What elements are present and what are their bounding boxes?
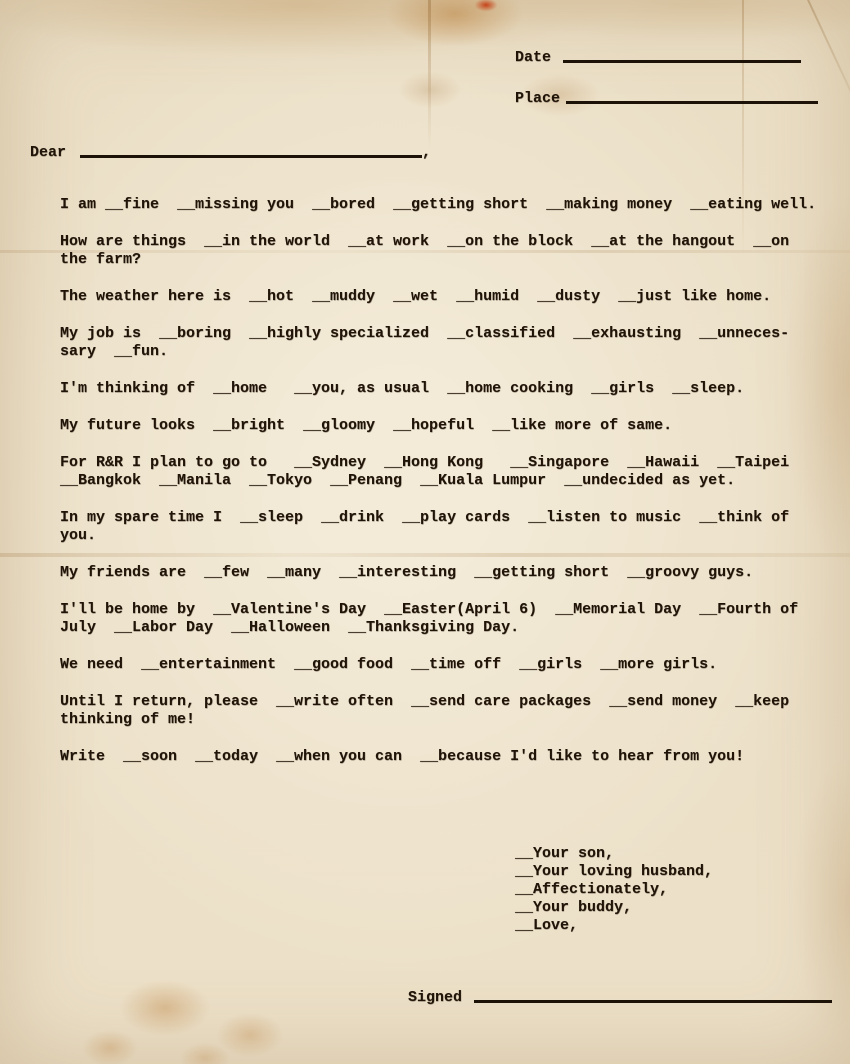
paragraph-line: July __Labor Day __Halloween __Thanksgiv… (60, 619, 830, 637)
closing-option: __Your son, (515, 845, 713, 863)
paragraph-line: How are things __in the world __at work … (60, 233, 830, 251)
dear-blank-line (80, 143, 422, 158)
paragraph-line: In my spare time I __sleep __drink __pla… (60, 509, 830, 527)
paragraph-line: Write __soon __today __when you can __be… (60, 748, 830, 766)
paragraph-line: the farm? (60, 251, 830, 269)
letter-paragraph: We need __entertainment __good food __ti… (60, 656, 830, 674)
paragraph-line: I am __fine __missing you __bored __gett… (60, 196, 830, 214)
letter-paragraph: My friends are __few __many __interestin… (60, 564, 830, 582)
letter-paragraph: In my spare time I __sleep __drink __pla… (60, 509, 830, 545)
date-blank-line (563, 48, 801, 63)
letter-paragraph: I'm thinking of __home __you, as usual _… (60, 380, 830, 398)
salutation-row: Dear, (30, 143, 431, 162)
signed-label: Signed (408, 989, 462, 1006)
paragraph-line: I'll be home by __Valentine's Day __East… (60, 601, 830, 619)
paragraph-line: For R&R I plan to go to __Sydney __Hong … (60, 454, 830, 472)
closing-option: __Love, (515, 917, 713, 935)
letter-paragraph: My job is __boring __highly specialized … (60, 325, 830, 361)
date-row: Date (515, 48, 818, 67)
letter-paragraph: The weather here is __hot __muddy __wet … (60, 288, 830, 306)
letter-paragraph: I am __fine __missing you __bored __gett… (60, 196, 830, 214)
paragraph-line: My friends are __few __many __interestin… (60, 564, 830, 582)
paragraph-line: My future looks __bright __gloomy __hope… (60, 417, 830, 435)
paragraph-line: __Bangkok __Manila __Tokyo __Penang __Ku… (60, 472, 830, 490)
dear-label: Dear (30, 144, 66, 161)
place-blank-line (566, 89, 818, 104)
paragraph-line: thinking of me! (60, 711, 830, 729)
signature-row: Signed (408, 988, 832, 1007)
letter-body: I am __fine __missing you __bored __gett… (60, 196, 830, 785)
paragraph-line: My job is __boring __highly specialized … (60, 325, 830, 343)
place-label: Place (515, 90, 560, 107)
paragraph-line: Until I return, please __write often __s… (60, 693, 830, 711)
paragraph-line: sary __fun. (60, 343, 830, 361)
letter-header: Date Place (515, 48, 818, 130)
letter-paragraph: Until I return, please __write often __s… (60, 693, 830, 729)
signature-blank-line (474, 988, 832, 1003)
paragraph-line: We need __entertainment __good food __ti… (60, 656, 830, 674)
place-row: Place (515, 89, 818, 108)
closing-option: __Your buddy, (515, 899, 713, 917)
letter-paragraph: My future looks __bright __gloomy __hope… (60, 417, 830, 435)
letter-paragraph: For R&R I plan to go to __Sydney __Hong … (60, 454, 830, 490)
dear-comma: , (422, 144, 431, 161)
letter-document: Date Place Dear, I am __fine __missing y… (0, 0, 850, 1064)
closing-option: __Your loving husband, (515, 863, 713, 881)
fold-crease-top-center (428, 0, 431, 150)
letter-paragraph: I'll be home by __Valentine's Day __East… (60, 601, 830, 637)
closing-option: __Affectionately, (515, 881, 713, 899)
letter-paragraph: Write __soon __today __when you can __be… (60, 748, 830, 766)
paragraph-line: you. (60, 527, 830, 545)
closing-options: __Your son, __Your loving husband, __Aff… (515, 845, 713, 935)
letter-paragraph: How are things __in the world __at work … (60, 233, 830, 269)
date-label: Date (515, 49, 551, 66)
paragraph-line: The weather here is __hot __muddy __wet … (60, 288, 830, 306)
paragraph-line: I'm thinking of __home __you, as usual _… (60, 380, 830, 398)
